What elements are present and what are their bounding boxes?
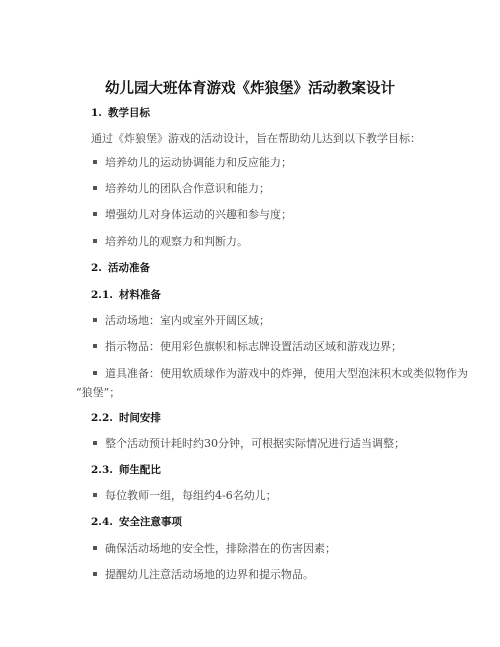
section-heading-1: 1.教学目标 (91, 106, 150, 120)
list-item: 确保活动场地的安全性，排除潜在的伤害因素； (93, 542, 336, 556)
subsection-heading-2-2: 2.2.时间安排 (91, 411, 161, 425)
subsection-title: 安全注意事项 (119, 516, 182, 528)
bullet-icon (93, 572, 97, 576)
list-item: 培养幼儿的团队合作意识和能力； (93, 182, 270, 196)
list-item: 提醒幼儿注意活动场地的边界和提示物品。 (93, 568, 314, 582)
section-intro: 通过《炸狼堡》游戏的活动设计，旨在帮助幼儿达到以下教学目标： (91, 132, 421, 146)
list-item-continuation: “狼堡”； (76, 386, 120, 400)
bullet-icon (93, 239, 97, 243)
section-number: 1. (91, 107, 102, 119)
bullet-icon (93, 546, 97, 550)
section-number: 2. (91, 262, 102, 274)
subsection-number: 2.2. (91, 412, 113, 424)
section-heading-2: 2.活动准备 (91, 261, 150, 275)
list-item: 活动场地：室内或室外开阔区域； (93, 314, 270, 328)
list-item: 整个活动预计耗时约30分钟，可根据实际情况进行适当调整； (93, 437, 405, 451)
subsection-number: 2.1. (91, 289, 113, 301)
bullet-icon (93, 441, 97, 445)
list-item: 培养幼儿的观察力和判断力。 (93, 235, 248, 249)
subsection-heading-2-3: 2.3.师生配比 (91, 463, 161, 477)
section-title: 教学目标 (108, 107, 150, 119)
bullet-icon (93, 344, 97, 348)
subsection-heading-2-4: 2.4.安全注意事项 (91, 515, 182, 529)
bullet-icon (93, 212, 97, 216)
list-item: 道具准备：使用软质球作为游戏中的炸弹，使用大型泡沫积木或类似物作为 (93, 367, 468, 381)
list-item: 每位教师一组，每组约4-6名幼儿； (93, 489, 277, 503)
subsection-number: 2.4. (91, 516, 113, 528)
document-title: 幼儿园大班体育游戏《炸狼堡》活动教案设计 (0, 80, 500, 98)
bullet-icon (93, 371, 97, 375)
subsection-title: 材料准备 (119, 289, 161, 301)
subsection-heading-2-1: 2.1.材料准备 (91, 288, 161, 302)
list-item: 增强幼儿对身体运动的兴趣和参与度； (93, 208, 292, 222)
subsection-number: 2.3. (91, 464, 113, 476)
bullet-icon (93, 318, 97, 322)
list-item: 指示物品：使用彩色旗帜和标志牌设置活动区域和游戏边界； (93, 340, 402, 354)
bullet-icon (93, 160, 97, 164)
section-title: 活动准备 (108, 262, 150, 274)
bullet-icon (93, 493, 97, 497)
subsection-title: 时间安排 (119, 412, 161, 424)
list-item: 培养幼儿的运动协调能力和反应能力； (93, 156, 292, 170)
bullet-icon (93, 186, 97, 190)
subsection-title: 师生配比 (119, 464, 161, 476)
